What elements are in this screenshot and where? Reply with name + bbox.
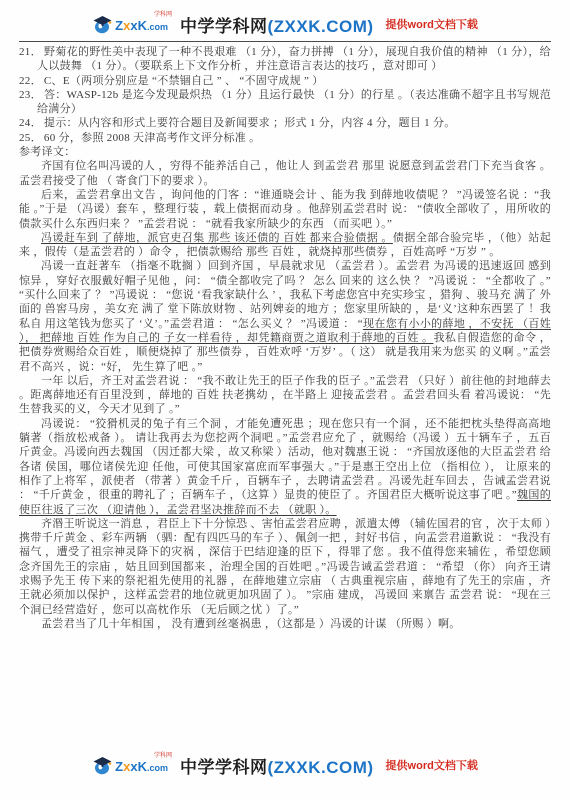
answer-text: 野菊花的野性美中表现了一种不畏艰难 （1 分），奋力拼搏 （1 分），展现自我价… (37, 46, 551, 72)
paragraph-text: 齐湣王听说这一消息 ，君臣上下十分惊恐 、害怕孟尝君应聘 ，派遣太傅 （辅佐国君… (19, 518, 551, 616)
site-title-domain: (ZXXK.COM) (268, 758, 374, 777)
translation-label: 参考译文： (19, 145, 551, 159)
word-download-link[interactable]: 提供word文档下载 (386, 16, 478, 32)
answer-text: C、E（两项分别应是 “不禁锢自己 ” 、 “不固守成规 ” ） (44, 75, 324, 87)
logo-subtext: 学科网 (154, 753, 172, 759)
translation-paragraph-5: 一年 以后，齐王对孟尝君说 ： “我不敢让先王的臣子作我的臣子 。”孟尝君 （只… (19, 374, 551, 417)
answer-number: 23． (19, 89, 42, 101)
underlined-sentence: 冯谖赶车到 了薛地，派官吏召集 那些 该还债的 百姓 都来合验债据 。 (41, 232, 393, 244)
graduation-cap-mascot-icon (92, 755, 114, 775)
translation-paragraph-2: 后来，孟尝君拿出文告 ，询问他的门客 ：“谁通晓会计 、能为我 到薛地收债呢 ？… (19, 188, 551, 231)
paragraph-text: 一年 以后，齐王对孟尝君说 ： “我不敢让先王的臣子作我的臣子 。”孟尝君 （只… (19, 375, 551, 416)
answer-item-22: 22．C、E（两项分别应是 “不禁锢自己 ” 、 “不固守成规 ” ） (19, 74, 551, 88)
page-header: ZxxK.com 学科网 中学学科网(ZXXK.COM) 提供word文档下载 (0, 0, 570, 39)
answer-item-21: 21．野菊花的野性美中表现了一种不畏艰难 （1 分），奋力拼搏 （1 分），展现… (19, 45, 551, 74)
zxxk-logo-footer[interactable]: ZxxK.com 学科网 (92, 755, 168, 775)
answer-item-25: 25．60 分，参照 2008 天津高考作文评分标准 。 (19, 131, 551, 145)
answer-number: 22． (19, 75, 42, 87)
answer-text: 答：WASP-12b 是迄今发现最炽热 （1 分）且运行最快 （1 分）的行星 … (37, 89, 551, 115)
site-title-footer: 中学学科网(ZXXK.COM) (180, 753, 374, 778)
paragraph-text: 冯谖说： “狡猾机灵的兔子有三个洞 ，才能免遭死患 ；现在您只有一个洞 ，还不能… (19, 418, 551, 501)
logo-wordmark: ZxxK.com (115, 760, 168, 775)
answer-item-24: 24．提示：从内容和形式上要符合题目及新闻要求 ；形式 1 分，内容 4 分，题… (19, 116, 551, 130)
answer-number: 24． (19, 117, 42, 129)
answer-text: 提示：从内容和形式上要符合题目及新闻要求 ；形式 1 分，内容 4 分，题目 1… (44, 117, 456, 129)
header-separator (19, 41, 551, 42)
translation-paragraph-6: 冯谖说： “狡猾机灵的兔子有三个洞 ，才能免遭死患 ；现在您只有一个洞 ，还不能… (19, 417, 551, 517)
translation-paragraph-4: 冯谖一直赶著车 （指毫不耽搁 ）回到齐国 ，早晨就求见 （孟尝君 ）。孟尝君 为… (19, 259, 551, 373)
translation-paragraph-1: 齐国有位名叫冯谖的人 ，穷得不能养活自己 ，他让人 到孟尝君 那里 说愿意到孟尝… (19, 159, 551, 188)
paragraph-text: 齐国有位名叫冯谖的人 ，穷得不能养活自己 ，他让人 到孟尝君 那里 说愿意到孟尝… (19, 160, 551, 186)
answer-text: 60 分，参照 2008 天津高考作文评分标准 。 (44, 132, 261, 144)
page-footer: ZxxK.com 学科网 中学学科网(ZXXK.COM) 提供word文档下载 (0, 750, 570, 780)
paragraph-text: 后来，孟尝君拿出文告 ，询问他的门客 ：“谁通晓会计 、能为我 到薛地收债呢 ？… (19, 189, 551, 230)
document-body: 21．野菊花的野性美中表现了一种不畏艰难 （1 分），奋力拼搏 （1 分），展现… (19, 45, 551, 631)
paragraph-text: 孟尝君当了几十年相国 ， 没有遭到丝毫祸患 ，（这都是 ）冯谖的计谋 （所赐 ）… (41, 618, 461, 630)
logo-wordmark: ZxxK.com (115, 19, 168, 34)
zxxk-logo[interactable]: ZxxK.com 学科网 (92, 14, 168, 34)
translation-paragraph-8: 孟尝君当了几十年相国 ， 没有遭到丝毫祸患 ，（这都是 ）冯谖的计谋 （所赐 ）… (19, 617, 551, 631)
translation-paragraph-7: 齐湣王听说这一消息 ，君臣上下十分惊恐 、害怕孟尝君应聘 ，派遣太傅 （辅佐国君… (19, 517, 551, 617)
site-title-cn: 中学学科网 (180, 17, 268, 36)
site-title-domain: (ZXXK.COM) (268, 17, 374, 36)
site-title-cn: 中学学科网 (180, 758, 268, 777)
graduation-cap-mascot-icon (92, 14, 114, 34)
answer-number: 21． (19, 46, 42, 58)
word-download-link-footer[interactable]: 提供word文档下载 (386, 757, 478, 773)
answer-number: 25． (19, 132, 42, 144)
logo-subtext: 学科网 (154, 12, 172, 18)
translation-paragraph-3: 冯谖赶车到 了薛地，派官吏召集 那些 该还债的 百姓 都来合验债据 。债据全部合… (19, 231, 551, 260)
answer-item-23: 23．答：WASP-12b 是迄今发现最炽热 （1 分）且运行最快 （1 分）的… (19, 88, 551, 117)
site-title: 中学学科网(ZXXK.COM) (180, 12, 374, 37)
